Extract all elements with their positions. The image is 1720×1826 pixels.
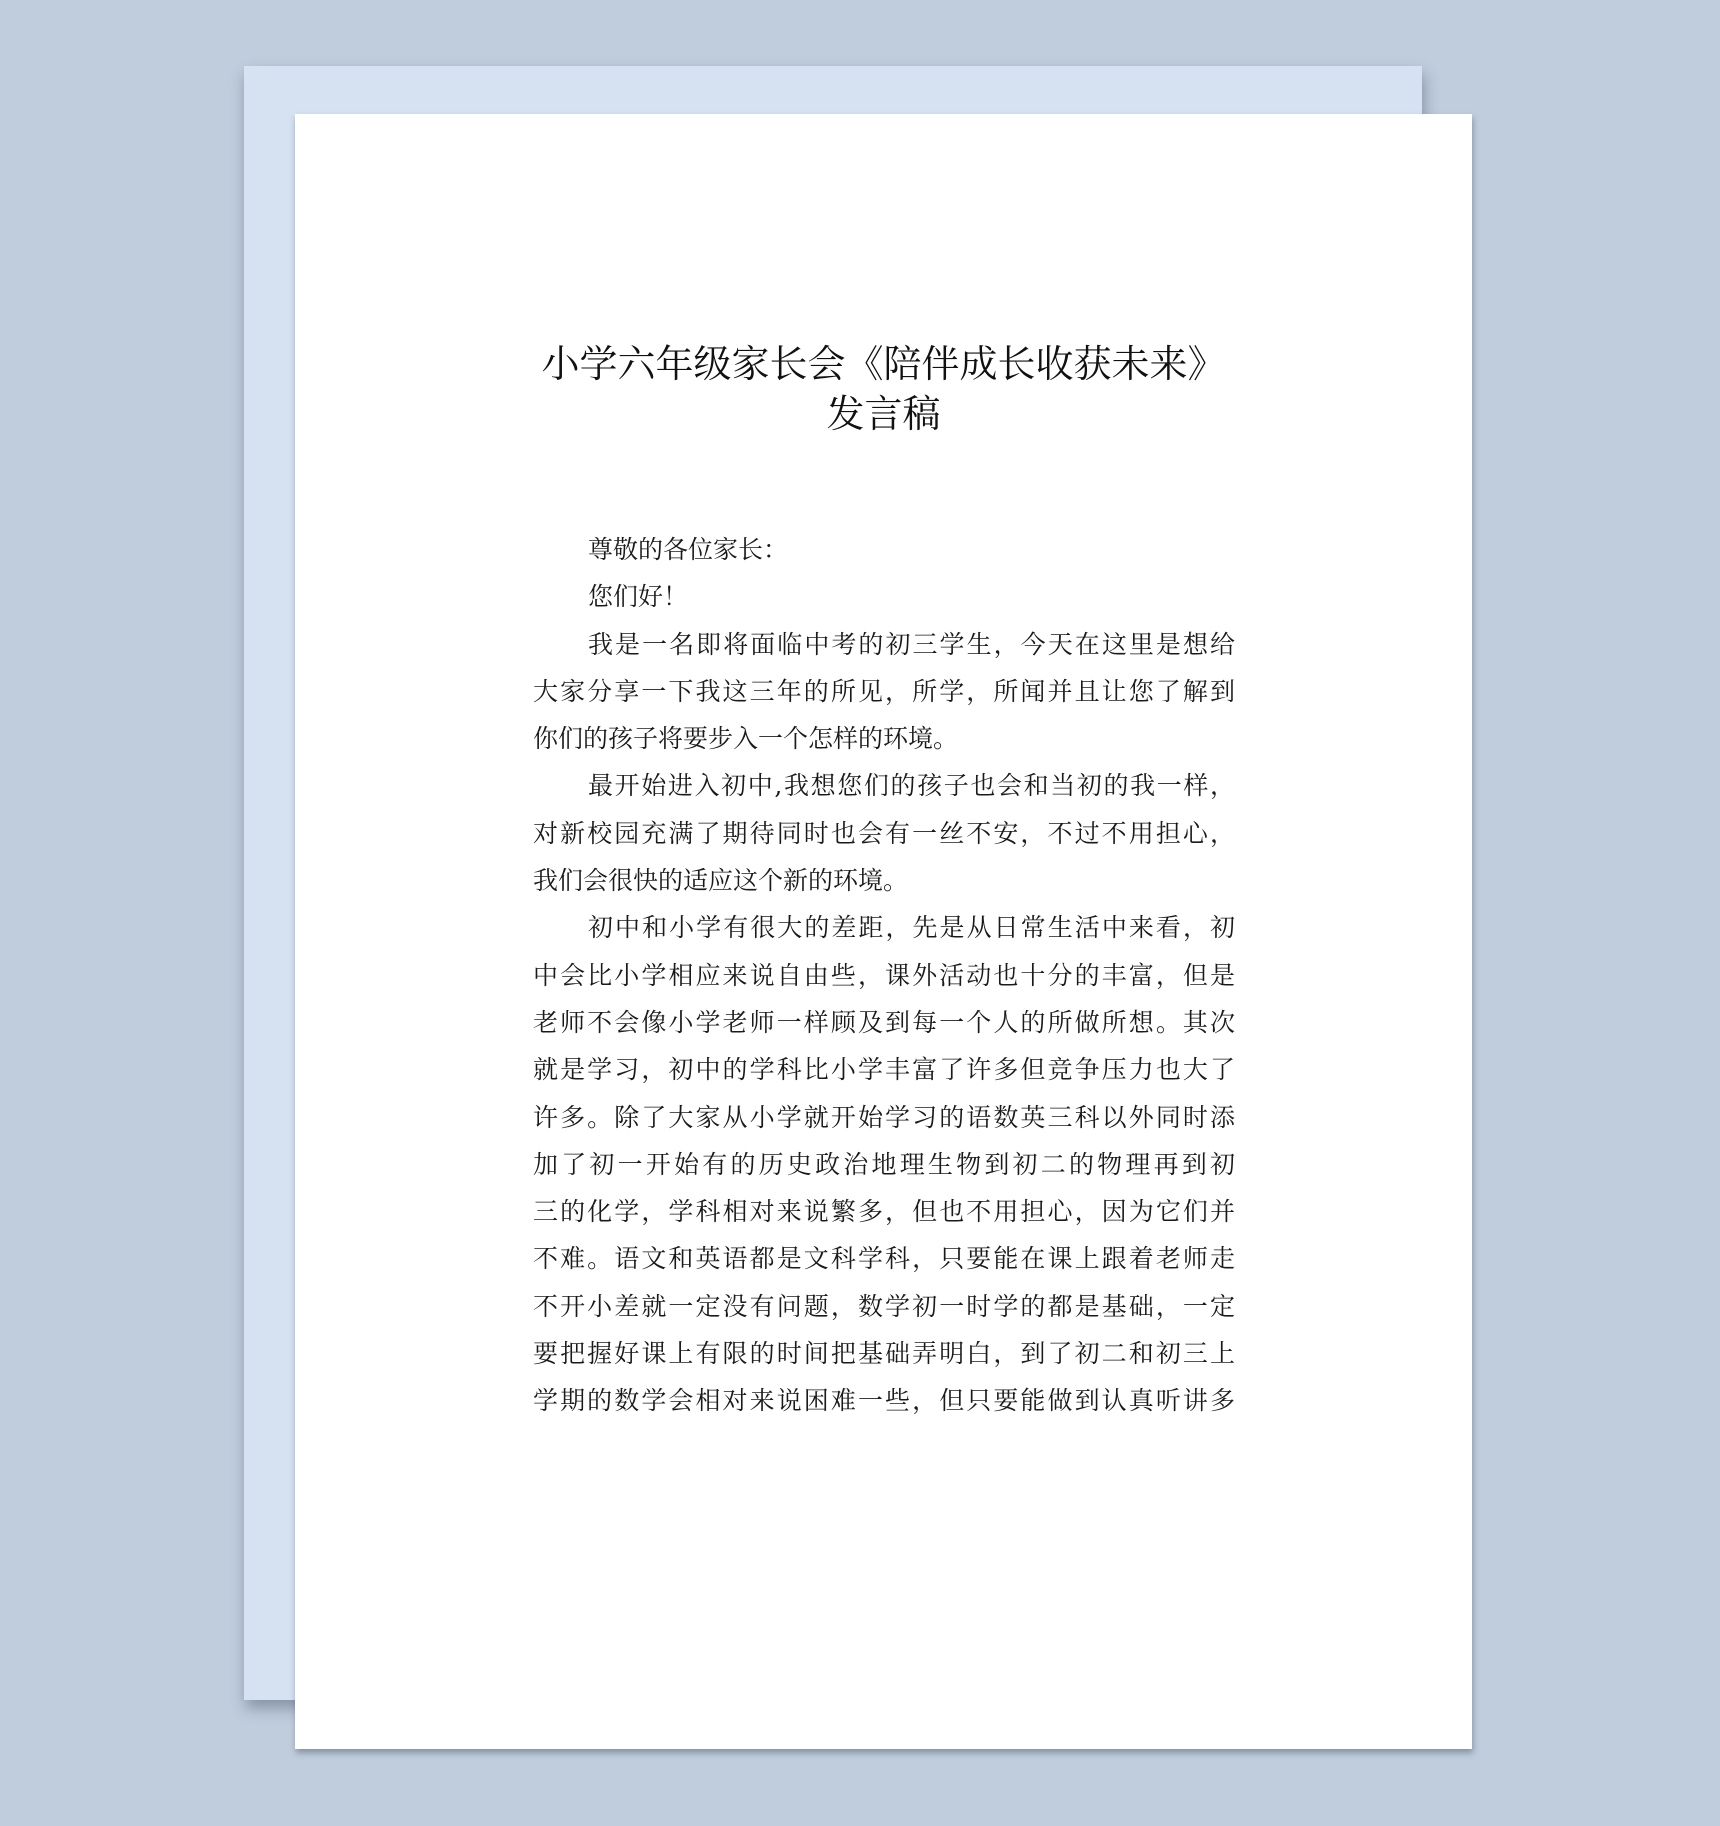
- text-line: 初中和小学有很大的差距，先是从日常生活中来看，初: [533, 904, 1235, 951]
- title-line-2: 发言稿: [295, 389, 1472, 439]
- text-line: 不难。语文和英语都是文科学科，只要能在课上跟着老师走: [533, 1235, 1235, 1282]
- text-line: 不开小差就一定没有问题，数学初一时学的都是基础，一定: [533, 1283, 1235, 1330]
- text-line: 三的化学，学科相对来说繁多，但也不用担心，因为它们并: [533, 1188, 1235, 1235]
- text-line: 你们的孩子将要步入一个怎样的环境。: [533, 715, 1235, 762]
- document-body: 尊敬的各位家长：您们好！我是一名即将面临中考的初三学生，今天在这里是想给大家分享…: [533, 526, 1235, 1425]
- text-line: 中会比小学相应来说自由些，课外活动也十分的丰富，但是: [533, 952, 1235, 999]
- document-title: 小学六年级家长会《陪伴成长收获未来》 发言稿: [295, 339, 1472, 439]
- text-line: 加了初一开始有的历史政治地理生物到初二的物理再到初: [533, 1141, 1235, 1188]
- text-line: 老师不会像小学老师一样顾及到每一个人的所做所想。其次: [533, 999, 1235, 1046]
- text-line: 许多。除了大家从小学就开始学习的语数英三科以外同时添: [533, 1094, 1235, 1141]
- text-line: 最开始进入初中,我想您们的孩子也会和当初的我一样，: [533, 762, 1235, 809]
- text-line: 尊敬的各位家长：: [533, 526, 1235, 573]
- text-line: 要把握好课上有限的时间把基础弄明白，到了初二和初三上: [533, 1330, 1235, 1377]
- text-line: 您们好！: [533, 573, 1235, 620]
- text-line: 就是学习，初中的学科比小学丰富了许多但竞争压力也大了: [533, 1046, 1235, 1093]
- text-line: 对新校园充满了期待同时也会有一丝不安，不过不用担心，: [533, 810, 1235, 857]
- document-page: 小学六年级家长会《陪伴成长收获未来》 发言稿 尊敬的各位家长：您们好！我是一名即…: [295, 114, 1472, 1749]
- text-line: 学期的数学会相对来说困难一些，但只要能做到认真听讲多: [533, 1377, 1235, 1424]
- title-line-1: 小学六年级家长会《陪伴成长收获未来》: [295, 339, 1472, 389]
- text-line: 我是一名即将面临中考的初三学生，今天在这里是想给: [533, 621, 1235, 668]
- text-line: 我们会很快的适应这个新的环境。: [533, 857, 1235, 904]
- text-line: 大家分享一下我这三年的所见，所学，所闻并且让您了解到: [533, 668, 1235, 715]
